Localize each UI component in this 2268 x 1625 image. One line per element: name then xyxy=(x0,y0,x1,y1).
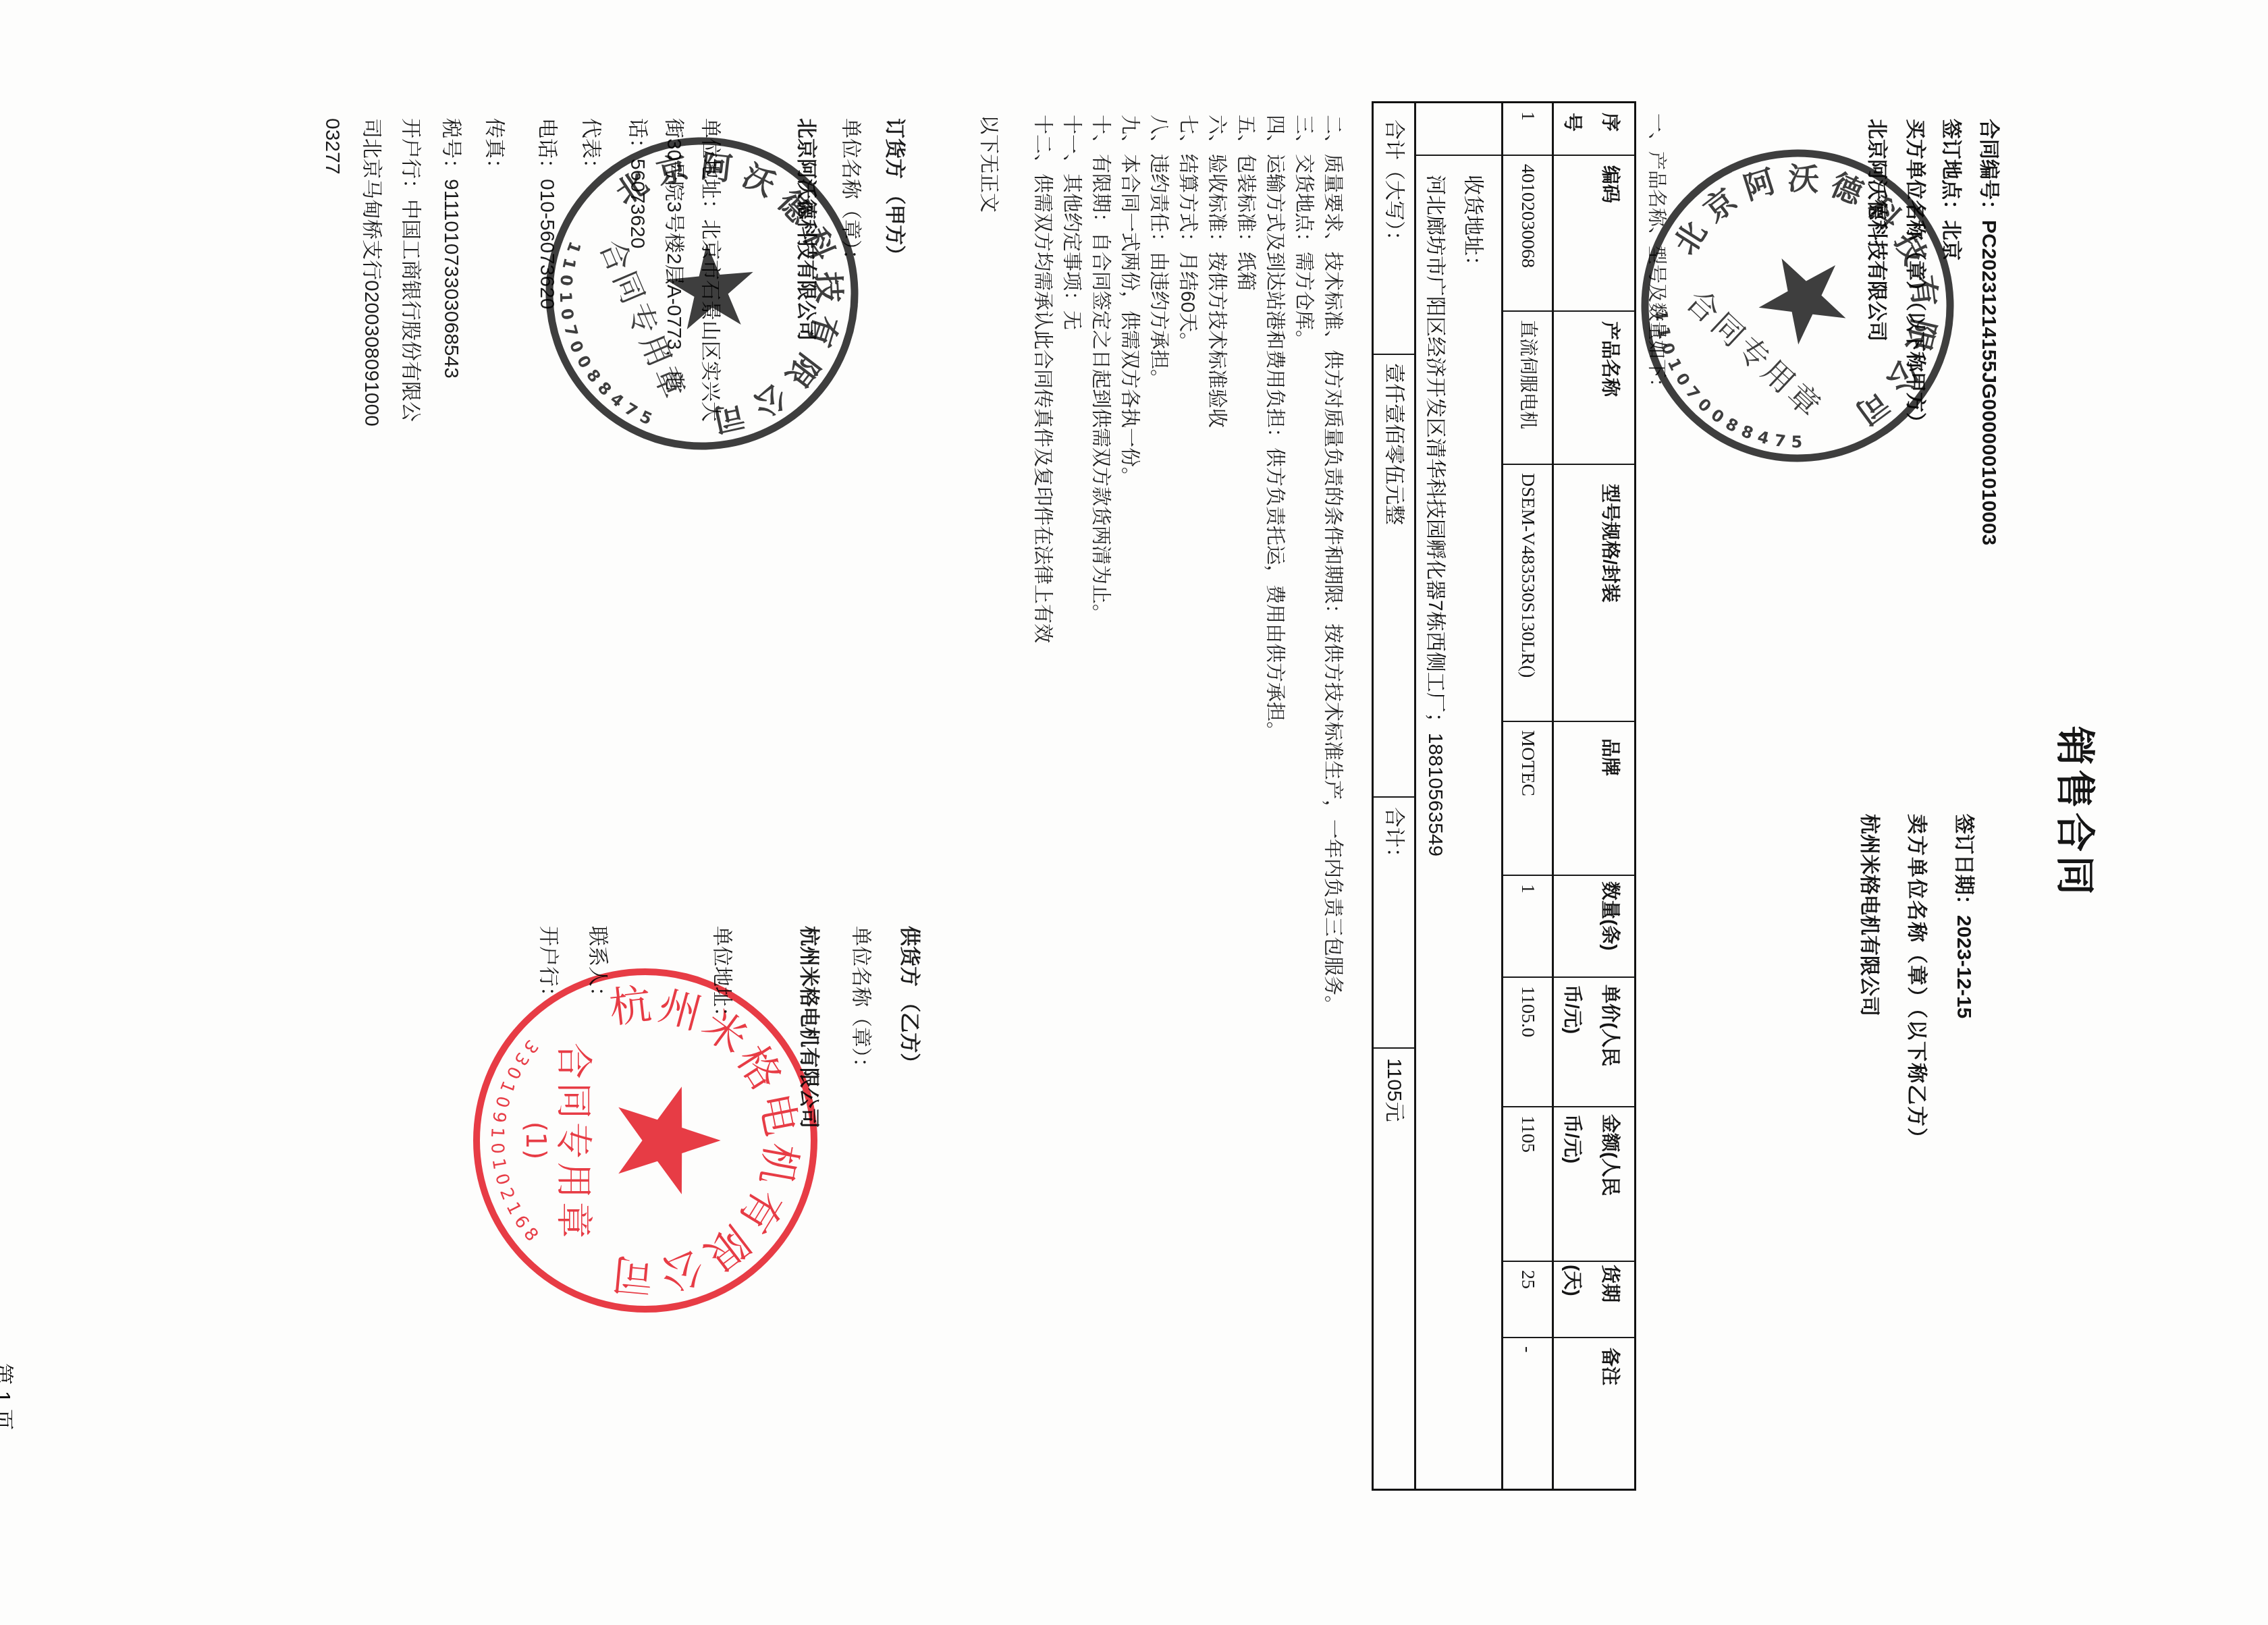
sign-date-line: 签订日期：2023-12-15 xyxy=(1952,814,1975,1018)
buyer-name-label: 单位名称（章）： xyxy=(838,118,863,270)
contract-number-label: 合同编号： xyxy=(1978,119,2000,220)
buyer-fax: 传真： xyxy=(482,118,506,179)
term-item: 九、本合同一式两份，供需双方各执一份。 xyxy=(1117,115,1141,487)
star-icon xyxy=(1746,236,1867,356)
column-header-label: 金额(人民币/元) xyxy=(1554,1114,1629,1217)
contract-number: PC20231214155JG0000001010003 xyxy=(1978,220,2000,545)
column-header-label: 货期(天) xyxy=(1554,1265,1629,1306)
buyer-address: 单位地址：北京市石景山区实兴大街30号院3号楼2层A-0773，电话：56073… xyxy=(619,118,728,429)
column-header-label: 备注 xyxy=(1591,1348,1629,1385)
seal-name: 杭州米格电机有限公司 xyxy=(607,979,807,1302)
table-row: 1 40102030068 直流伺服电机 DSEM-V483530S130LR(… xyxy=(1501,103,1552,1489)
seal-code-text: 33010910102168 xyxy=(487,1035,542,1245)
term-item: 五、包装标准：纸箱 xyxy=(1233,115,1258,291)
buyer-fax-label: 传真： xyxy=(483,118,506,179)
buyer-tax-id-label: 税号： xyxy=(440,118,462,179)
buyer-address-label: 单位地址： xyxy=(699,118,722,219)
table-header-row: 序号 编码 产品名称 型号规格/封装 品牌 数量(条) 单价(人民币/元) 金额… xyxy=(1552,103,1634,1489)
seller-label: 卖方单位名称（章）（以下称乙方） xyxy=(1905,814,1928,1149)
column-header-label: 数量(条) xyxy=(1591,881,1629,951)
sign-place: 北京 xyxy=(1940,220,1962,260)
seller-bank: 开户行： xyxy=(536,926,560,1007)
seal-label: 合同专用章 xyxy=(552,1043,595,1238)
contract-number-line: 合同编号：PC20231214155JG0000001010003 xyxy=(1977,119,2000,545)
seller-address-label: 单位地址： xyxy=(711,926,733,1027)
buyer-phone: 电话：010-56073620 xyxy=(535,118,559,310)
seller-contact-label: 联系人： xyxy=(587,926,609,1007)
term-item: 二、质量要求、技术标准、供方对质量负责的条件和期限：按供方技术标准生产，一年内负… xyxy=(1320,115,1345,1015)
term-item: 七、结算方式：月结60天。 xyxy=(1175,115,1199,352)
star-icon xyxy=(618,1086,720,1194)
contract-page: 销售合同 合同编号：PC20231214155JG0000001010003 签… xyxy=(0,0,2268,1625)
column-header-quantity: 数量(条) xyxy=(1554,876,1634,978)
seller-bank-label: 开户行： xyxy=(537,926,560,1007)
cell-amount: 1105 xyxy=(1503,1107,1552,1262)
buyer-tax-id: 税号：911101073303068543 xyxy=(439,118,463,379)
seller-seal: 杭州米格电机有限公司 合同专用章 (1) 33010910102168 xyxy=(477,972,814,1309)
sign-place-label: 签订地点： xyxy=(1940,119,1962,220)
buyer-name: 北京阿沃德科技有限公司 xyxy=(1865,119,1888,341)
buyer-representative-label: 代表： xyxy=(580,118,602,179)
product-table: 序号 编码 产品名称 型号规格/封装 品牌 数量(条) 单价(人民币/元) 金额… xyxy=(1372,101,1636,1491)
seal-code: 33010910102168 xyxy=(487,1035,542,1245)
delivery-address-label: 收货地址： xyxy=(1454,175,1492,1489)
delivery-address-empty-cell xyxy=(1416,103,1501,156)
term-item: 十、有限期：自合同签定之日起到供需双方款货两清为止。 xyxy=(1088,115,1112,624)
delivery-address: 河北廊坊市广阳区经济开发区清华科技园孵化器7栋西侧工厂；18810563549 xyxy=(1416,175,1454,1489)
seller-address: 单位地址： xyxy=(709,926,734,1027)
column-header-product-name: 产品名称 xyxy=(1554,312,1634,465)
cell-product-name: 直流伺服电机 xyxy=(1503,312,1552,465)
column-header-label: 型号规格/封装 xyxy=(1591,484,1629,603)
delivery-address-cell: 收货地址： 河北廊坊市广阳区经济开发区清华科技园孵化器7栋西侧工厂；188105… xyxy=(1416,156,1501,1489)
column-header-label: 编码 xyxy=(1591,165,1629,203)
sign-place-line: 签订地点：北京 xyxy=(1939,119,1962,260)
sign-date: 2023-12-15 xyxy=(1953,915,1975,1018)
term-item: 八、违约责任：由违约方承担。 xyxy=(1146,115,1170,389)
term-item: 十一、其他约定事项：无 xyxy=(1059,115,1083,330)
seller-contact: 联系人： xyxy=(585,926,610,1007)
buyer-tax-id-value: 911101073303068543 xyxy=(440,179,462,379)
total-in-words-label: 合计（大写）： xyxy=(1374,103,1414,355)
cell-brand: MOTEC xyxy=(1503,722,1552,876)
column-header-label: 序号 xyxy=(1554,113,1629,133)
total-amount: 1105元 xyxy=(1374,1049,1414,1489)
seller-name: 杭州米格电机有限公司 xyxy=(1858,814,1881,1016)
seller-name-label: 单位名称（章）： xyxy=(848,926,873,1078)
seal-label: 合同专用章 xyxy=(1679,282,1828,424)
section-1-title: 一、产品名称、型号及数量如下： xyxy=(1645,113,1668,397)
column-header-remark: 备注 xyxy=(1554,1338,1634,1489)
seal-name-text: 杭州米格电机有限公司 xyxy=(607,979,807,1302)
cell-lead-time: 25 xyxy=(1503,1262,1552,1338)
column-header-seq: 序号 xyxy=(1554,103,1634,156)
seller-heading: 供货方 （乙方） xyxy=(897,926,921,1073)
buyer-phone-value: 010-56073620 xyxy=(536,179,558,310)
column-header-unit-price: 单价(人民币/元) xyxy=(1554,978,1634,1107)
term-item: 十二、供需双方均需承认此合同传真件及复印件在法律上有效 xyxy=(1030,115,1054,643)
column-header-label: 产品名称 xyxy=(1591,321,1629,397)
column-header-model: 型号规格/封装 xyxy=(1554,465,1634,722)
sign-date-label: 签订日期： xyxy=(1953,814,1975,915)
cell-unit-price: 1105.0 xyxy=(1503,978,1552,1107)
seal-sub-label: (1) xyxy=(520,1122,551,1160)
seal-ring xyxy=(477,972,814,1309)
cell-model: DSEM-V483530S130LR() xyxy=(1503,465,1552,722)
cell-quantity: 1 xyxy=(1503,876,1552,978)
total-row: 合计（大写）： 壹仟壹佰零伍元整 合计： 1105元 xyxy=(1374,103,1414,1489)
delivery-address-row: 收货地址： 河北廊坊市广阳区经济开发区清华科技园孵化器7栋西侧工厂；188105… xyxy=(1414,103,1501,1489)
buyer-heading: 订货方 （甲方） xyxy=(882,118,907,265)
column-header-label: 单价(人民币/元) xyxy=(1554,985,1629,1080)
buyer-bank: 开户行：中国工商银行股份有限公司北京马甸桥支行02003080910000327… xyxy=(313,118,430,429)
document-title: 销售合同 xyxy=(2052,0,2097,1625)
column-header-brand: 品牌 xyxy=(1554,722,1634,876)
term-item: 三、交货地点：需方仓库。 xyxy=(1291,115,1316,350)
cell-seq: 1 xyxy=(1503,103,1552,156)
column-header-lead-time: 货期(天) xyxy=(1554,1262,1634,1338)
cell-code: 40102030068 xyxy=(1503,156,1552,312)
column-header-amount: 金额(人民币/元) xyxy=(1554,1107,1634,1262)
end-note: 以下无正文 xyxy=(976,115,1000,213)
page-number: 第 1 页 xyxy=(0,1363,16,1431)
column-header-code: 编码 xyxy=(1554,156,1634,312)
buyer-bank-label: 开户行： xyxy=(400,118,422,199)
cell-remark: - xyxy=(1503,1338,1552,1489)
buyer-label: 买方单位名称（章）（以下称甲方） xyxy=(1904,119,1926,433)
total-label: 合计： xyxy=(1374,798,1414,1049)
term-item: 六、验收标准：按供方技术标准验收 xyxy=(1204,115,1228,428)
buyer-representative: 代表： xyxy=(578,118,603,179)
total-in-words: 壹仟壹佰零伍元整 xyxy=(1374,355,1414,798)
term-item: 四、运输方式及到达站港和费用负担：供方负责托运，费用由供方承担。 xyxy=(1262,115,1287,741)
seller-company-name: 杭州米格电机有限公司 xyxy=(796,926,821,1128)
buyer-phone-label: 电话： xyxy=(536,118,558,179)
buyer-company-name: 北京阿沃德科技有限公司 xyxy=(794,118,818,341)
column-header-label: 品牌 xyxy=(1591,738,1629,776)
